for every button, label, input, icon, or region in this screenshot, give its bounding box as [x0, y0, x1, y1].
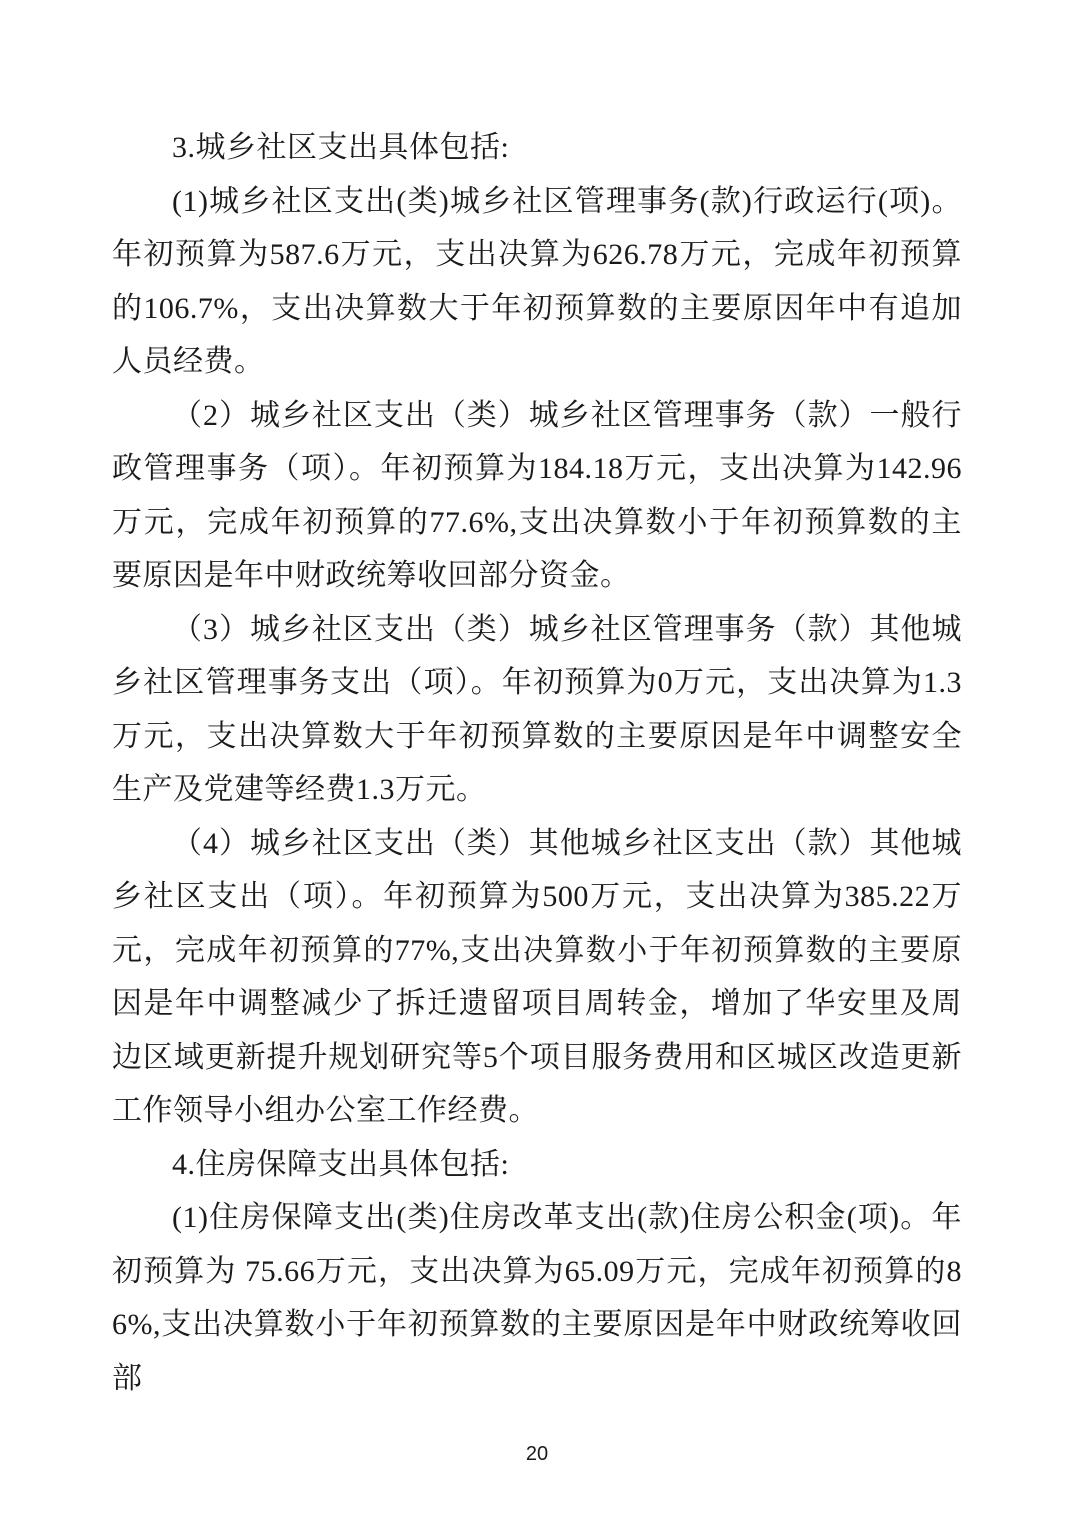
paragraph-3-item-4: （4）城乡社区支出（类）其他城乡社区支出（款）其他城乡社区支出（项）。年初预算为…	[112, 817, 962, 1138]
page-number: 20	[0, 1441, 1074, 1467]
document-page: 3.城乡社区支出具体包括:(1)城乡社区支出(类)城乡社区管理事务(款)行政运行…	[0, 0, 1074, 1520]
paragraph-4-item-1: (1)住房保障支出(类)住房改革支出(款)住房公积金(项)。年初预算为 75.6…	[112, 1191, 962, 1405]
section-heading-3: 3.城乡社区支出具体包括:	[112, 121, 962, 175]
paragraph-3-item-1: (1)城乡社区支出(类)城乡社区管理事务(款)行政运行(项)。年初预算为587.…	[112, 175, 962, 389]
paragraph-3-item-3: （3）城乡社区支出（类）城乡社区管理事务（款）其他城乡社区管理事务支出（项）。年…	[112, 603, 962, 817]
paragraph-3-item-2: （2）城乡社区支出（类）城乡社区管理事务（款）一般行政管理事务（项）。年初预算为…	[112, 389, 962, 603]
section-heading-4: 4.住房保障支出具体包括:	[112, 1138, 962, 1192]
document-body: 3.城乡社区支出具体包括:(1)城乡社区支出(类)城乡社区管理事务(款)行政运行…	[112, 121, 962, 1405]
